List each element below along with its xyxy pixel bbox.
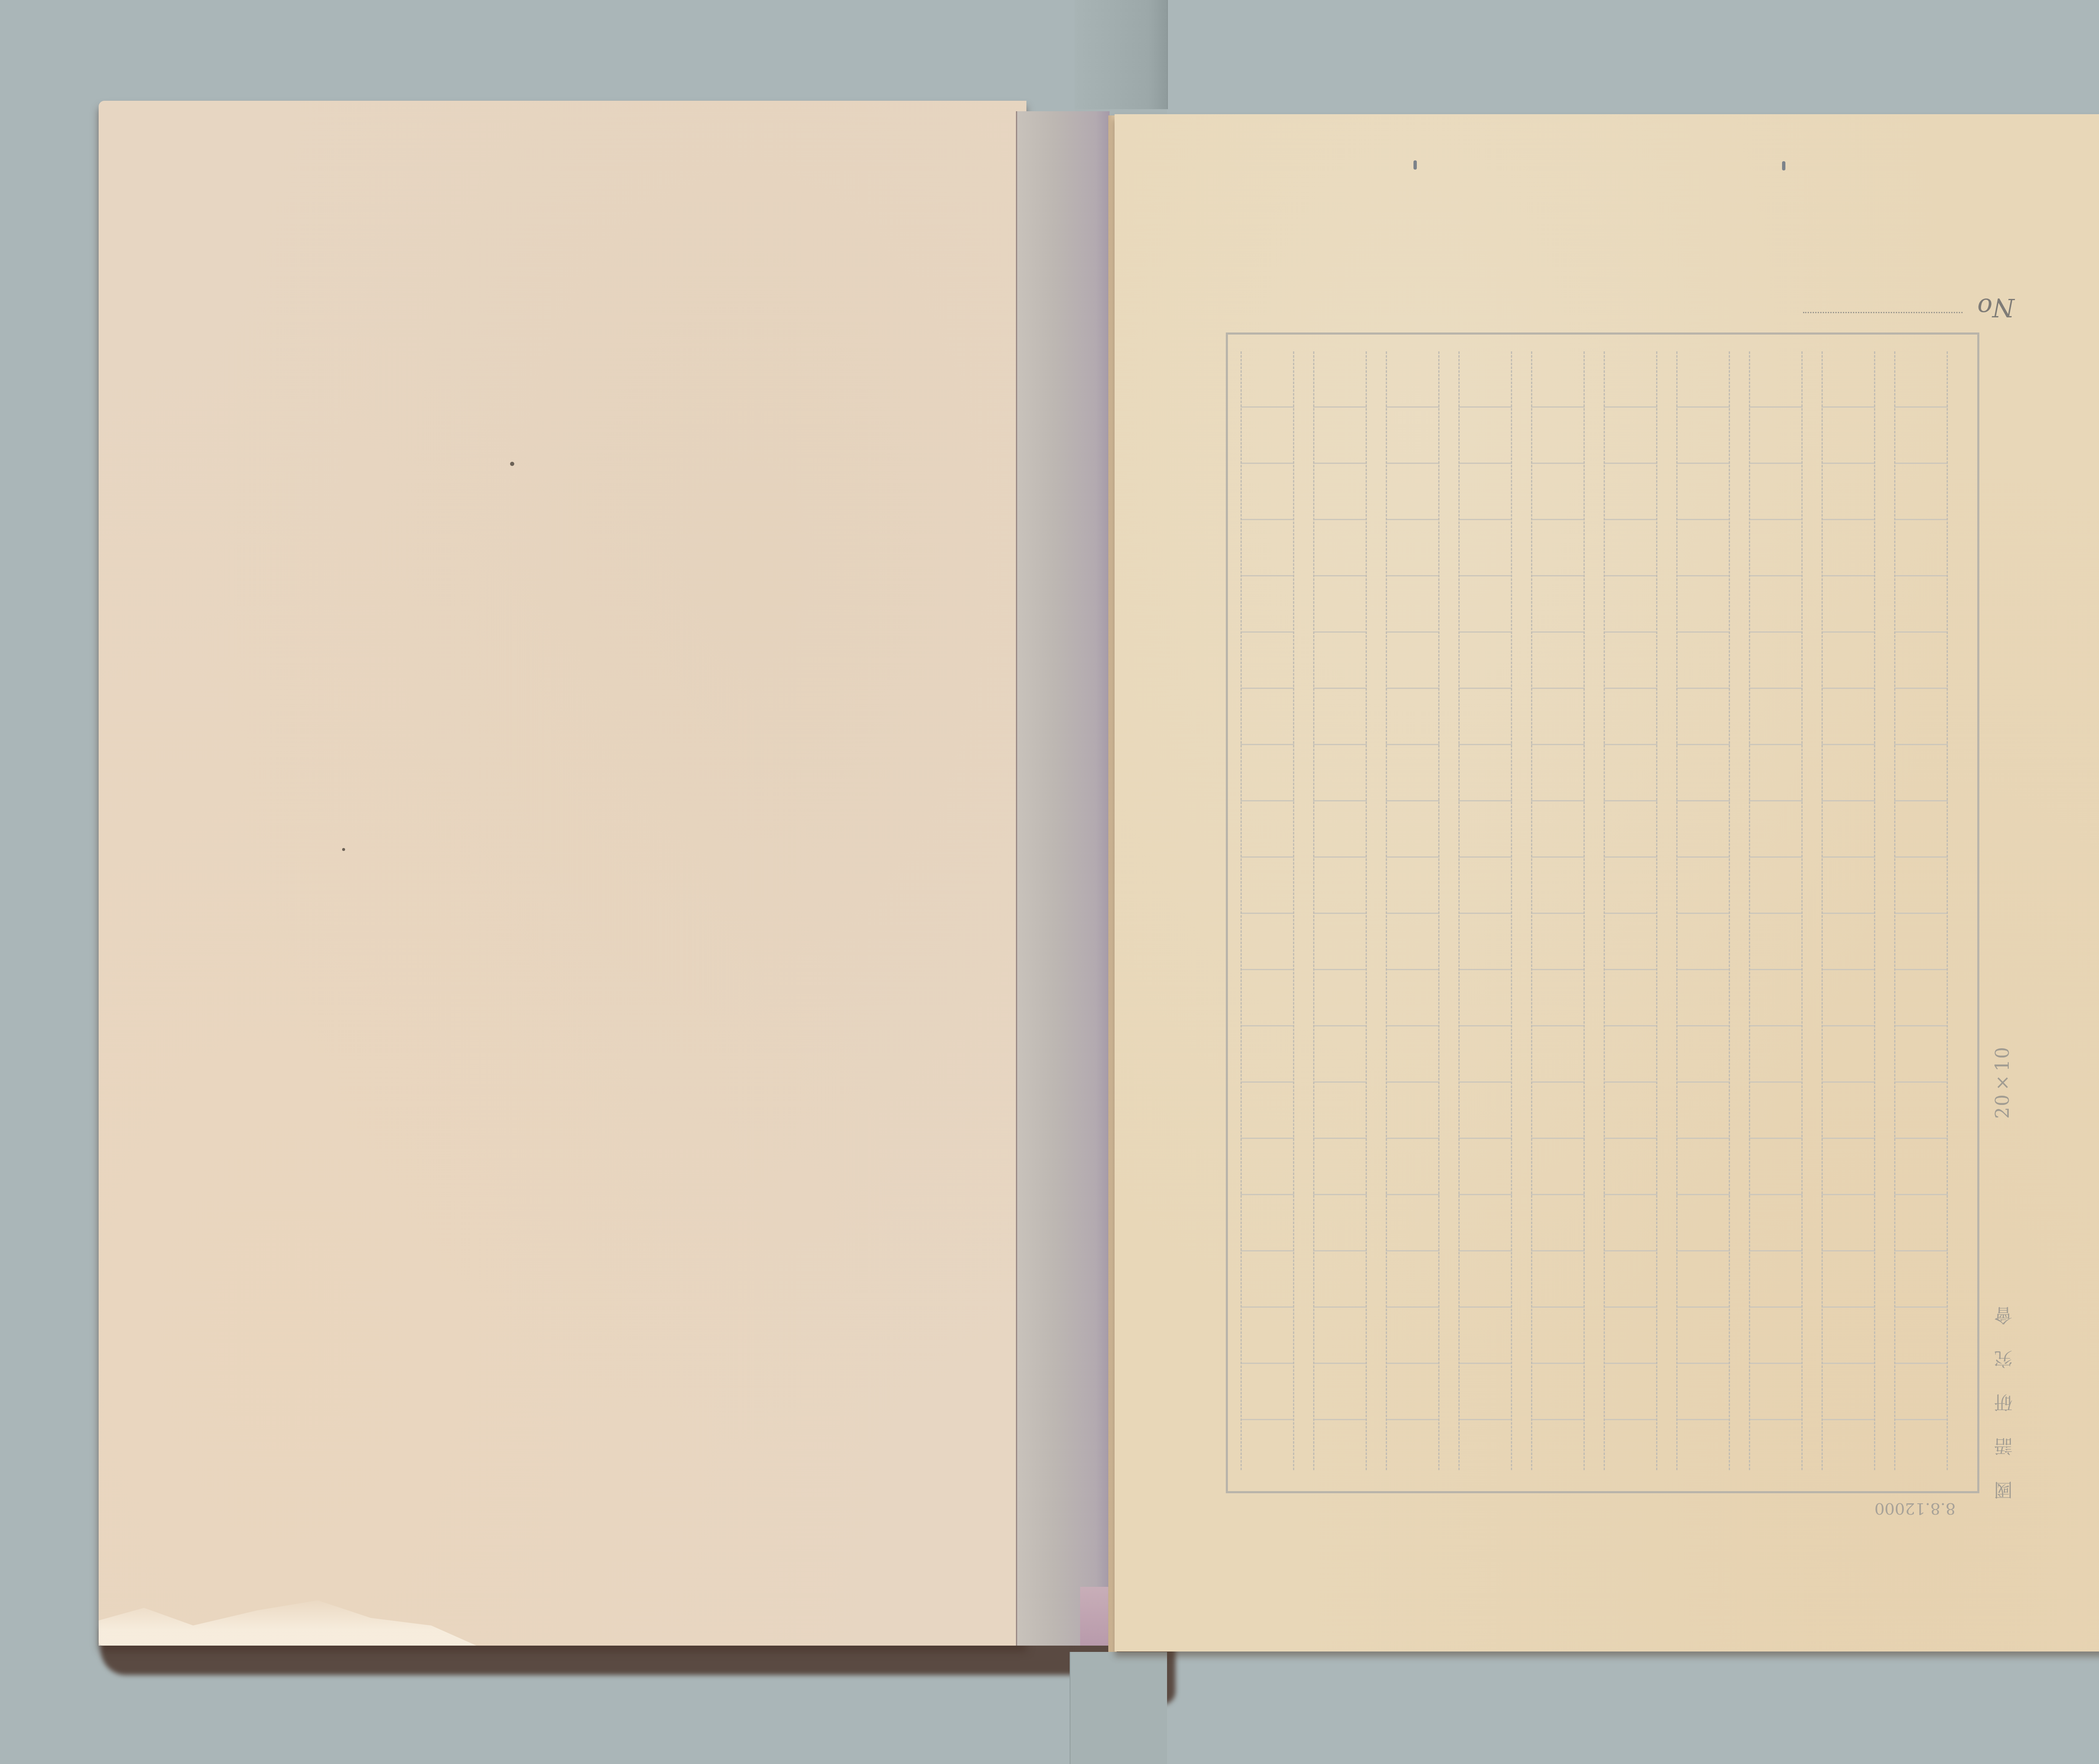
spine-stain	[1080, 1587, 1110, 1646]
grid-column	[1531, 351, 1585, 1470]
background-fold-top	[1075, 0, 1168, 109]
grid-column	[1604, 351, 1657, 1470]
grid-column	[1749, 351, 1803, 1470]
grid-column	[1676, 351, 1730, 1470]
pinhole	[1782, 161, 1785, 170]
sheet-number-line	[1803, 312, 1963, 313]
manuscript-grid	[1226, 332, 1979, 1493]
grid-size-label: 20×10	[1992, 1046, 2013, 1119]
publisher-label: 國語研究會	[1992, 1281, 2019, 1500]
print-code-label: 8.8.12000	[1874, 1500, 1955, 1518]
spine-binding-strip	[1016, 111, 1110, 1646]
sheet-number-label: No	[1977, 293, 2015, 322]
sheet-number-field: No	[1803, 293, 2013, 318]
paper-speck	[342, 848, 345, 851]
grid-column	[1822, 351, 1875, 1470]
grid-column	[1458, 351, 1512, 1470]
paper-speck	[510, 462, 514, 466]
grid-column	[1313, 351, 1367, 1470]
torn-corner	[99, 1595, 476, 1646]
right-page: No 20×10 國語研究會 8.8.12000	[1115, 114, 2099, 1651]
grid-column	[1894, 351, 1948, 1470]
grid-column	[1386, 351, 1439, 1470]
background-fold-bottom	[1070, 1652, 1167, 1764]
left-page	[99, 101, 1026, 1646]
grid-column	[1241, 351, 1294, 1470]
pinhole	[1413, 160, 1417, 170]
